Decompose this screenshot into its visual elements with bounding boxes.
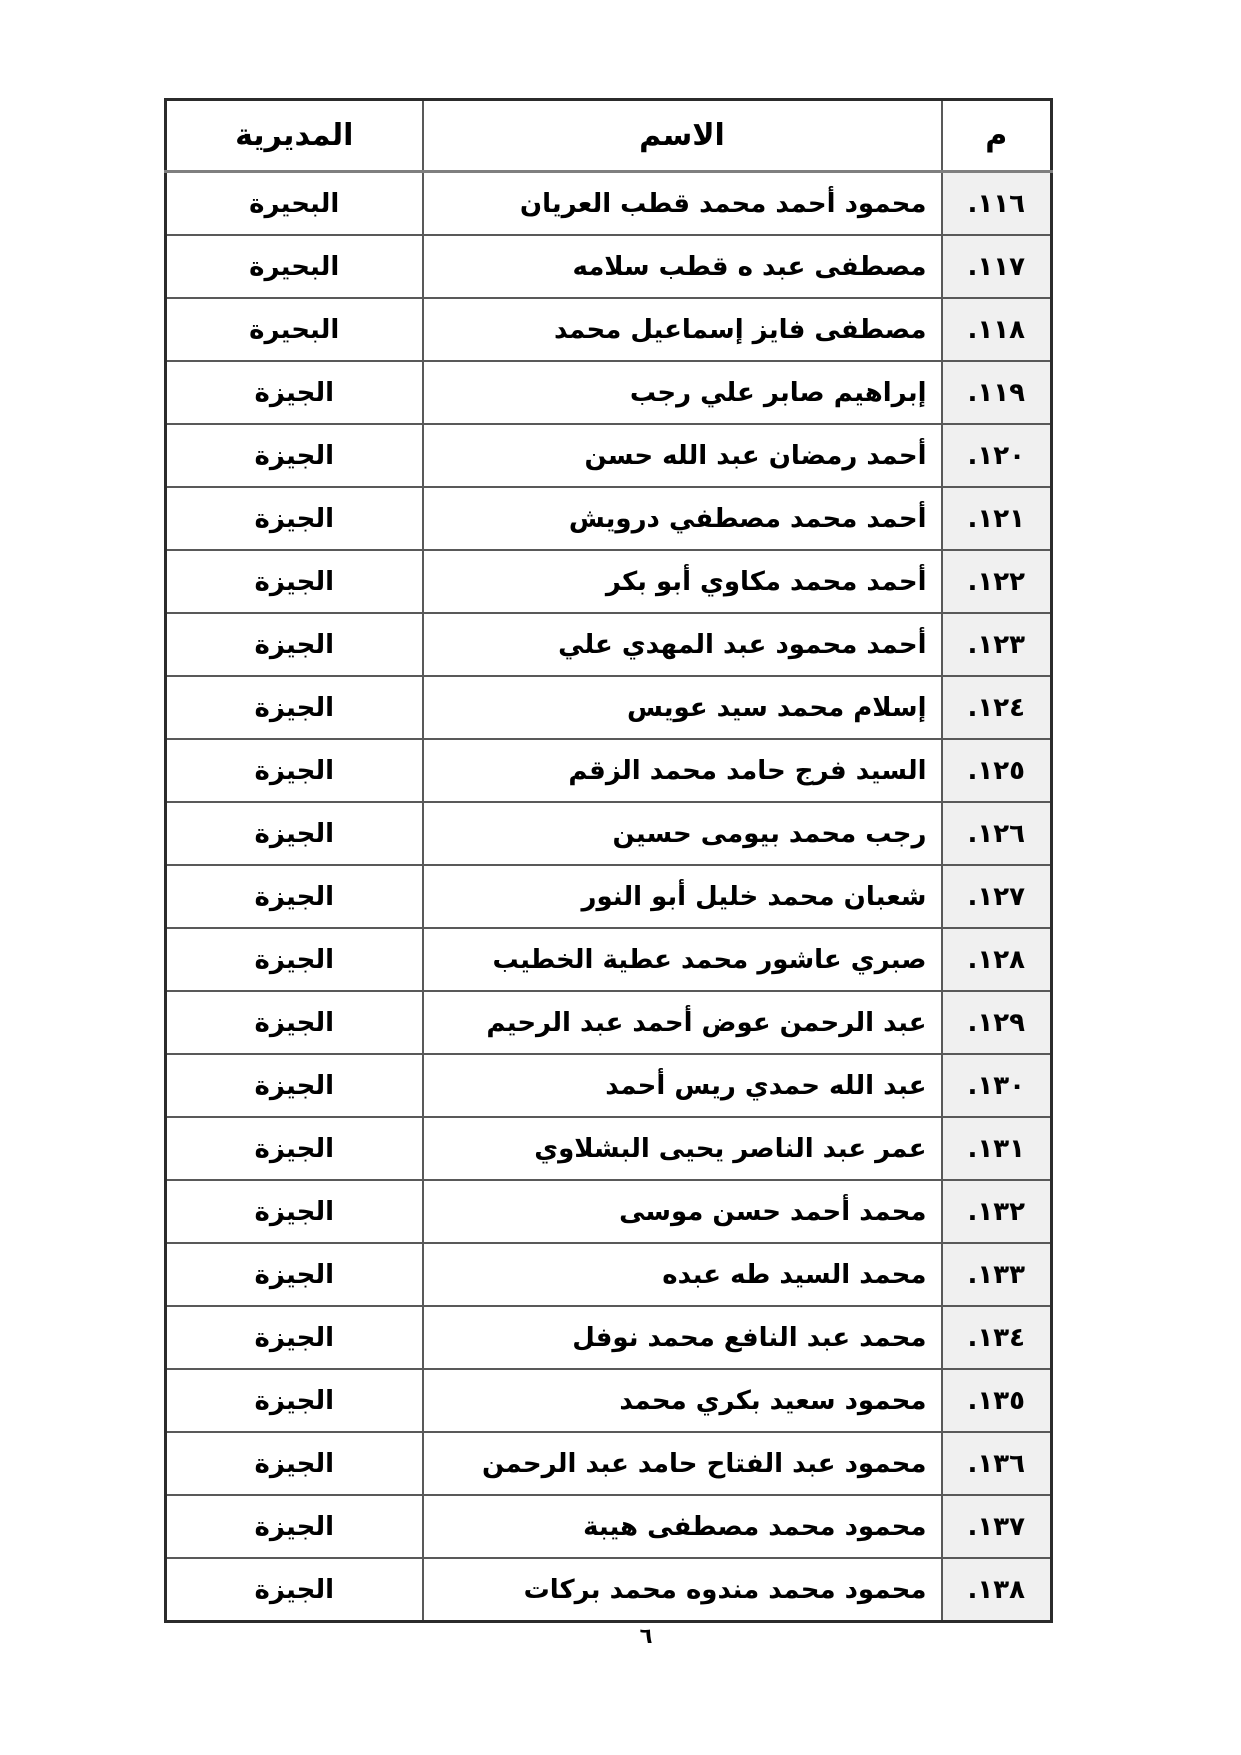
cell-name: محمود سعيد بكري محمد [423,1369,942,1432]
table-row: ١٢٢.أحمد محمد مكاوي أبو بكرالجيزة [166,550,1052,613]
table-row: ١٣٥.محمود سعيد بكري محمدالجيزة [166,1369,1052,1432]
cell-number: ١٢٩. [942,991,1052,1054]
table-row: ١٣٨.محمود محمد مندوه محمد بركاتالجيزة [166,1558,1052,1622]
cell-name: محمد السيد طه عبده [423,1243,942,1306]
cell-directorate: الجيزة [166,802,423,865]
page-number: ٦ [596,1624,696,1648]
cell-directorate: الجيزة [166,550,423,613]
cell-number: ١٣١. [942,1117,1052,1180]
table-row: ١٢١.أحمد محمد مصطفي درويشالجيزة [166,487,1052,550]
cell-directorate: البحيرة [166,172,423,236]
table-row: ١١٦.محمود أحمد محمد قطب العريانالبحيرة [166,172,1052,236]
cell-name: أحمد محمد مكاوي أبو بكر [423,550,942,613]
cell-number: ١٣٤. [942,1306,1052,1369]
cell-directorate: الجيزة [166,487,423,550]
cell-directorate: الجيزة [166,991,423,1054]
cell-directorate: الجيزة [166,928,423,991]
table-row: ١٢٠.أحمد رمضان عبد الله حسنالجيزة [166,424,1052,487]
table-row: ١٢٧.شعبان محمد خليل أبو النورالجيزة [166,865,1052,928]
table-row: ١١٧.مصطفى عبد ه قطب سلامهالبحيرة [166,235,1052,298]
cell-name: عبد الله حمدي ريس أحمد [423,1054,942,1117]
cell-number: ١٣٠. [942,1054,1052,1117]
cell-number: ١١٦. [942,172,1052,236]
table-row: ١٣٢.محمد أحمد حسن موسىالجيزة [166,1180,1052,1243]
cell-directorate: الجيزة [166,676,423,739]
cell-name: محمد عبد النافع محمد نوفل [423,1306,942,1369]
table-row: ١١٩.إبراهيم صابر علي رجبالجيزة [166,361,1052,424]
cell-number: ١٢٣. [942,613,1052,676]
table-row: ١٣٦.محمود عبد الفتاح حامد عبد الرحمنالجي… [166,1432,1052,1495]
table-row: ١٢٥.السيد فرج حامد محمد الزقمالجيزة [166,739,1052,802]
cell-name: صبري عاشور محمد عطية الخطيب [423,928,942,991]
cell-directorate: الجيزة [166,1243,423,1306]
cell-name: إسلام محمد سيد عويس [423,676,942,739]
cell-name: إبراهيم صابر علي رجب [423,361,942,424]
cell-directorate: الجيزة [166,1495,423,1558]
cell-name: أحمد محمود عبد المهدي علي [423,613,942,676]
cell-number: ١١٨. [942,298,1052,361]
cell-directorate: الجيزة [166,865,423,928]
cell-number: ١٢٥. [942,739,1052,802]
cell-number: ١٣٧. [942,1495,1052,1558]
cell-name: محمود عبد الفتاح حامد عبد الرحمن [423,1432,942,1495]
cell-name: عبد الرحمن عوض أحمد عبد الرحيم [423,991,942,1054]
table-row: ١٢٣.أحمد محمود عبد المهدي عليالجيزة [166,613,1052,676]
cell-name: محمود أحمد محمد قطب العريان [423,172,942,236]
table-row: ١٣١.عمر عبد الناصر يحيى البشلاويالجيزة [166,1117,1052,1180]
cell-number: ١٣٥. [942,1369,1052,1432]
cell-directorate: الجيزة [166,361,423,424]
cell-number: ١٢٦. [942,802,1052,865]
cell-directorate: الجيزة [166,1432,423,1495]
cell-directorate: البحيرة [166,235,423,298]
cell-name: السيد فرج حامد محمد الزقم [423,739,942,802]
table-row: ١٢٤.إسلام محمد سيد عويسالجيزة [166,676,1052,739]
cell-directorate: الجيزة [166,424,423,487]
cell-name: رجب محمد بيومى حسين [423,802,942,865]
cell-name: محمد أحمد حسن موسى [423,1180,942,1243]
cell-directorate: الجيزة [166,1180,423,1243]
table-row: ١٢٦.رجب محمد بيومى حسينالجيزة [166,802,1052,865]
cell-directorate: الجيزة [166,1117,423,1180]
cell-directorate: الجيزة [166,1054,423,1117]
cell-number: ١٢٨. [942,928,1052,991]
cell-number: ١٣٦. [942,1432,1052,1495]
table-row: ١١٨.مصطفى فايز إسماعيل محمدالبحيرة [166,298,1052,361]
table-row: ١٢٨.صبري عاشور محمد عطية الخطيبالجيزة [166,928,1052,991]
cell-directorate: البحيرة [166,298,423,361]
table-row: ١٣٧.محمود محمد مصطفى هيبةالجيزة [166,1495,1052,1558]
cell-name: شعبان محمد خليل أبو النور [423,865,942,928]
cell-number: ١٢٧. [942,865,1052,928]
cell-number: ١٣٢. [942,1180,1052,1243]
document-page: م الاسم المديرية ١١٦.محمود أحمد محمد قطب… [0,0,1241,1755]
cell-name: أحمد رمضان عبد الله حسن [423,424,942,487]
cell-number: ١٣٨. [942,1558,1052,1622]
header-number-column: م [942,100,1052,172]
cell-directorate: الجيزة [166,739,423,802]
cell-directorate: الجيزة [166,1558,423,1622]
cell-name: مصطفى فايز إسماعيل محمد [423,298,942,361]
cell-name: أحمد محمد مصطفي درويش [423,487,942,550]
cell-number: ١٢٤. [942,676,1052,739]
cell-directorate: الجيزة [166,1306,423,1369]
table-row: ١٣٣.محمد السيد طه عبدهالجيزة [166,1243,1052,1306]
cell-number: ١١٩. [942,361,1052,424]
header-row: م الاسم المديرية [166,100,1052,172]
cell-number: ١٢١. [942,487,1052,550]
cell-name: محمود محمد مصطفى هيبة [423,1495,942,1558]
cell-number: ١٢٠. [942,424,1052,487]
cell-name: محمود محمد مندوه محمد بركات [423,1558,942,1622]
cell-directorate: الجيزة [166,1369,423,1432]
cell-name: عمر عبد الناصر يحيى البشلاوي [423,1117,942,1180]
cell-number: ١٢٢. [942,550,1052,613]
roster-body: ١١٦.محمود أحمد محمد قطب العريانالبحيرة١١… [166,172,1052,1622]
cell-number: ١١٧. [942,235,1052,298]
cell-directorate: الجيزة [166,613,423,676]
header-name-column: الاسم [423,100,942,172]
cell-name: مصطفى عبد ه قطب سلامه [423,235,942,298]
header-directorate-column: المديرية [166,100,423,172]
cell-number: ١٣٣. [942,1243,1052,1306]
roster-table: م الاسم المديرية ١١٦.محمود أحمد محمد قطب… [164,98,1053,1623]
table-row: ١٣٠.عبد الله حمدي ريس أحمدالجيزة [166,1054,1052,1117]
table-row: ١٣٤.محمد عبد النافع محمد نوفلالجيزة [166,1306,1052,1369]
table-row: ١٢٩.عبد الرحمن عوض أحمد عبد الرحيمالجيزة [166,991,1052,1054]
